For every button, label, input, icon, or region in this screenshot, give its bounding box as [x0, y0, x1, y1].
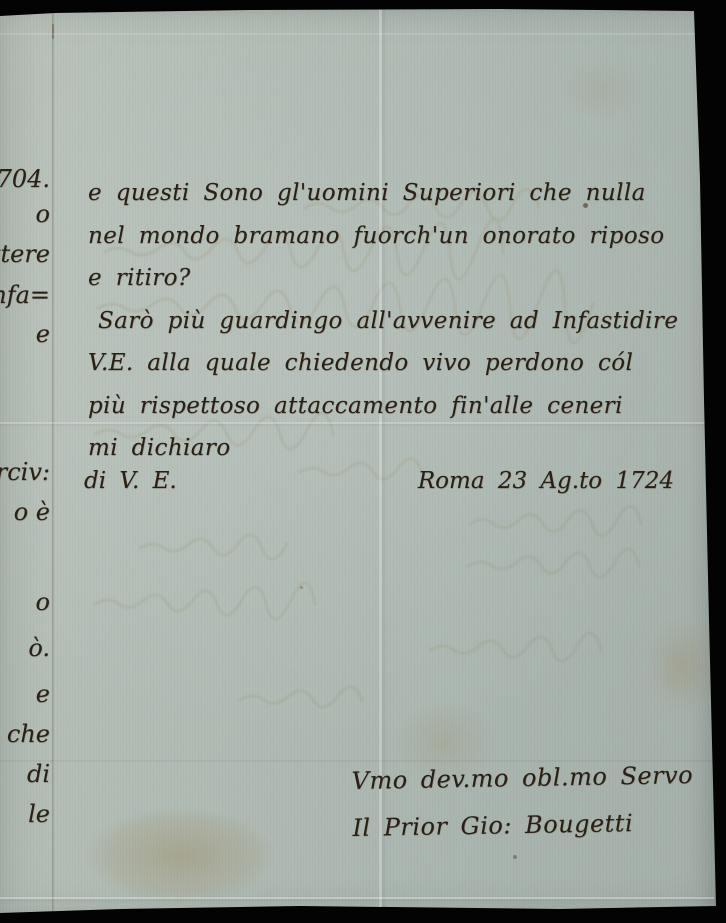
photographed-manuscript: 704. o lettere infa= e Arciv: o è o ò. e… — [0, 0, 726, 923]
stain — [85, 808, 275, 903]
fragment-text: ò. — [28, 634, 50, 662]
valediction: di V. E. — [84, 468, 177, 494]
left-page-fragment: o — [0, 200, 50, 228]
signature-line: Vmo dev.mo obl.mo Servo — [351, 752, 693, 805]
stain — [560, 60, 640, 120]
letter-body-line: nel mondo bramano fuorch'un onorato ripo… — [88, 215, 684, 258]
left-page-fragment: o è — [0, 498, 50, 526]
fold-crease-horizontal — [0, 33, 714, 35]
fragment-text: che — [7, 720, 50, 748]
fragment-text: lettere — [0, 240, 50, 268]
fold-crease-horizontal — [0, 897, 714, 899]
left-page-fragment: che — [0, 720, 50, 748]
stain — [645, 615, 720, 715]
left-page-fragment: e — [0, 320, 50, 348]
signature-block: Vmo dev.mo obl.mo Servo Il Prior Gio: Bo… — [351, 752, 694, 852]
dateline: Roma 23 Ag.to 1724 — [418, 468, 674, 494]
fragment-text: e — [36, 320, 50, 348]
left-page-fragment: le — [0, 800, 50, 828]
letter-body-line: e questi Sono gl'uomini Superiori che nu… — [88, 172, 684, 215]
ink-speck — [300, 586, 303, 589]
fragment-text: infa= — [0, 281, 50, 309]
fragment-text: le — [28, 800, 50, 828]
left-page-fragment: ò. — [0, 634, 50, 662]
fragment-text: o — [36, 200, 50, 228]
left-page-fragment: e — [0, 680, 50, 708]
fragment-text: e — [36, 680, 50, 708]
left-page-fragment: di — [0, 760, 50, 788]
left-page-fragment: 704. — [0, 165, 50, 193]
fragment-text: o è — [14, 498, 50, 526]
left-page-fragment: o — [0, 588, 50, 616]
letter-body-line: più rispettoso attaccamento fin'alle cen… — [88, 385, 684, 428]
fragment-text: Arciv: — [0, 458, 50, 486]
ink-speck — [513, 855, 517, 859]
paper-fiber — [52, 24, 54, 39]
letter-body-line: V.E. alla quale chiedendo vivo perdono c… — [88, 342, 684, 385]
page-seam — [51, 10, 54, 913]
letter-page: 704. o lettere infa= e Arciv: o è o ò. e… — [0, 0, 726, 923]
left-page-fragment: infa= — [0, 281, 50, 309]
letter-body: e questi Sono gl'uomini Superiori che nu… — [88, 172, 684, 470]
letter-body-line: e ritiro? — [88, 257, 684, 300]
fragment-text: 704. — [0, 165, 50, 193]
left-page-fragment: lettere — [0, 240, 50, 268]
fragment-text: o — [36, 588, 50, 616]
fragment-text: di — [27, 760, 50, 788]
letter-body-line: mi dichiaro — [88, 427, 684, 470]
letter-body-line: Sarò più guardingo all'avvenire ad Infas… — [88, 300, 684, 343]
signature-line: Il Prior Gio: Bougetti — [352, 799, 694, 852]
closing-row: di V. E. Roma 23 Ag.to 1724 — [84, 468, 674, 494]
left-page-fragment: Arciv: — [0, 458, 50, 486]
